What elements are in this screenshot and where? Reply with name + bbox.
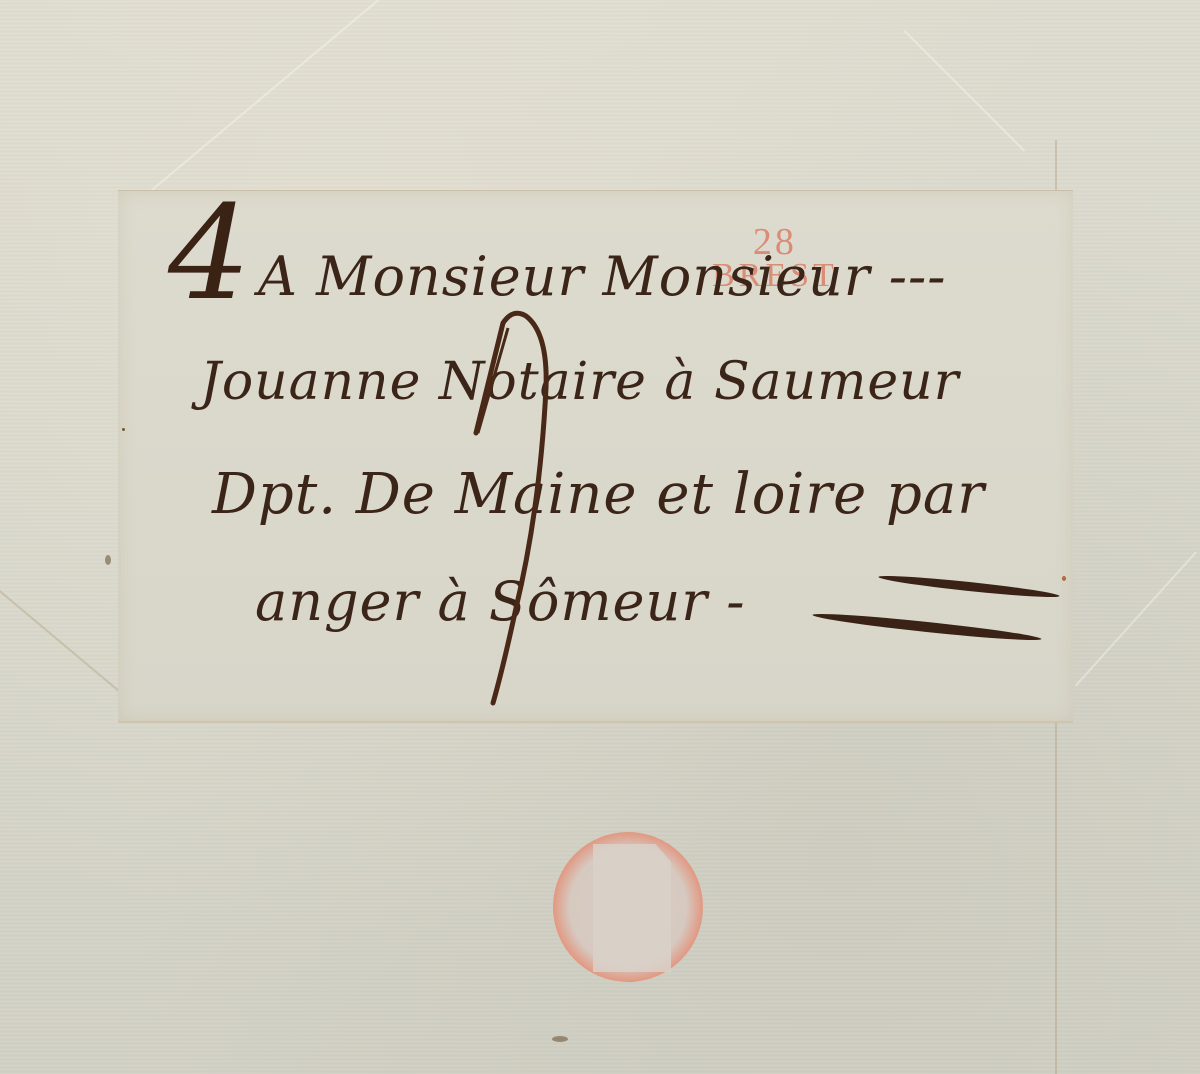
- letter-photo: 28 BREST 4 A Monsieur Monsieur --- Jouan…: [0, 0, 1200, 1074]
- address-line-3: Dpt. De Maine et loire par: [212, 462, 985, 527]
- rate-mark: 4: [168, 188, 251, 318]
- red-wax-seal: [553, 832, 703, 982]
- fold-crease-diagonal-bottom-right: [1075, 551, 1197, 686]
- fold-crease-diagonal-top-left: [148, 0, 379, 194]
- ink-speck: [552, 1036, 568, 1042]
- address-line-2: Jouanne Notaire à Saumeur: [200, 352, 960, 412]
- ink-speck: [122, 428, 125, 431]
- ink-speck: [105, 555, 111, 565]
- rust-speck: [1062, 576, 1066, 581]
- fold-crease-diagonal-top-right: [904, 30, 1026, 152]
- seal-paper-flap: [593, 844, 671, 972]
- address-line-1: A Monsieur Monsieur ---: [258, 245, 946, 308]
- manuscript-rate-seven-icon: [468, 308, 558, 708]
